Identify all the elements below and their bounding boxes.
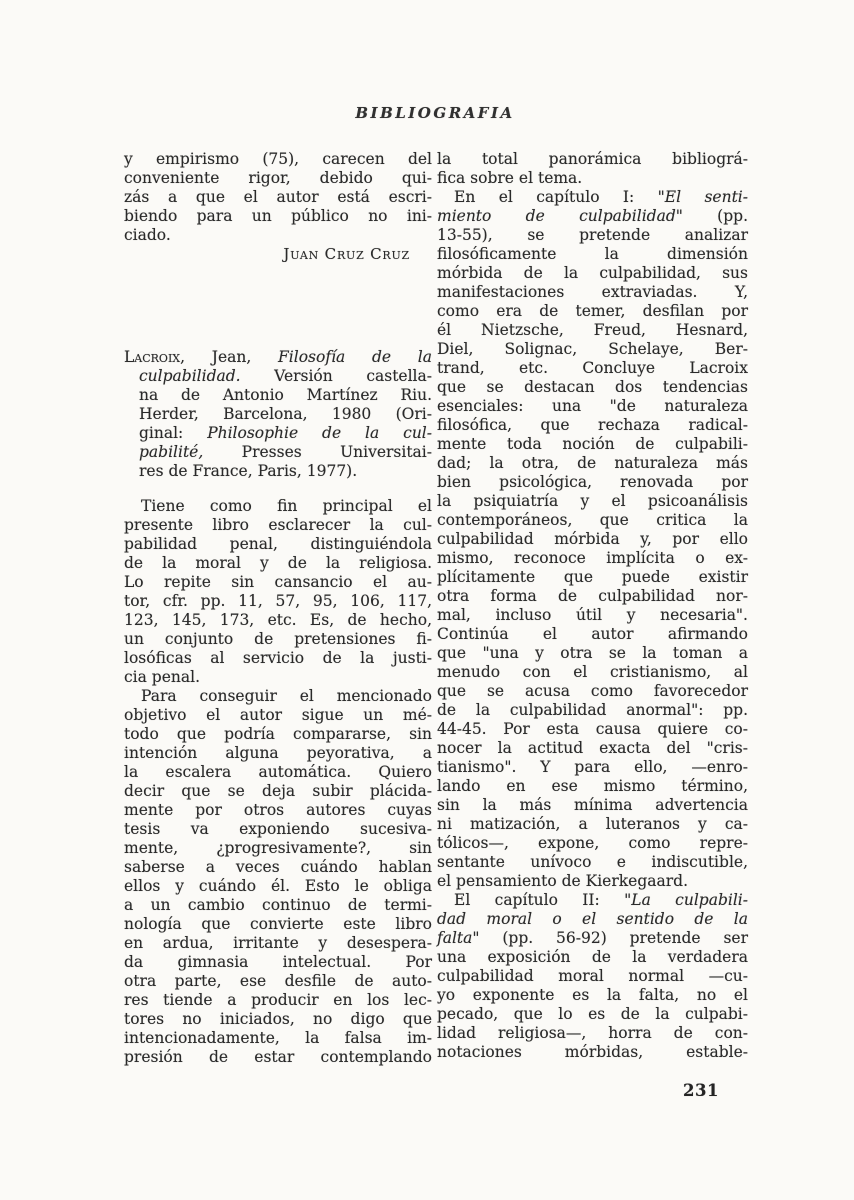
text-line: res tiende a producir en los lec- — [124, 991, 432, 1010]
text-line: lando en ese mismo término, — [437, 777, 748, 796]
paragraph: En el capítulo I: "El senti-miento de cu… — [437, 188, 748, 891]
text-line: él Nietzsche, Freud, Hesnard, — [437, 321, 748, 340]
paragraph: Para conseguir el mencionadoobjetivo el … — [124, 687, 432, 1067]
text-line: 13-55), se pretende analizar — [437, 226, 748, 245]
text-segment: En el capítulo I: " — [454, 188, 665, 206]
italic-text: culpabilidad. — [139, 367, 241, 385]
text-line: Para conseguir el mencionado — [124, 687, 432, 706]
text-line: yo exponente es la falta, no el — [437, 986, 748, 1005]
left-column: y empirismo (75), carecen delconveniente… — [124, 150, 432, 1067]
text-line: plícitamente que puede existir — [437, 568, 748, 587]
text-line: dad moral o el sentido de la — [437, 910, 748, 929]
text-line: que se destacan dos tendencias — [437, 378, 748, 397]
text-line: en ardua, irritante y desespera- — [124, 934, 432, 953]
italic-text: falta — [437, 929, 472, 947]
text-segment: ginal: — [139, 424, 207, 442]
text-line: ellos y cuándo él. Esto le obliga — [124, 877, 432, 896]
italic-text: El senti- — [665, 188, 748, 206]
text-line: mórbida de la culpabilidad, sus — [437, 264, 748, 283]
text-line: el pensamiento de Kierkegaard. — [437, 872, 748, 891]
text-line: decir que se deja subir plácida- — [124, 782, 432, 801]
text-line: ni matización, a luteranos y ca- — [437, 815, 748, 834]
text-line: nocer la actitud exacta del "cris- — [437, 739, 748, 758]
paragraph: la total panorámica bibliográ-fica sobre… — [437, 150, 748, 188]
text-line: sin la más mínima advertencia — [437, 796, 748, 815]
text-segment: El capítulo II: " — [454, 891, 631, 909]
text-line: a un cambio continuo de termi- — [124, 896, 432, 915]
text-line: presión de estar contemplando — [124, 1048, 432, 1067]
text-line: una exposición de la verdadera — [437, 948, 748, 967]
scanned-page: BIBLIOGRAFIA y empirismo (75), carecen d… — [0, 0, 854, 1200]
text-line: nología que convierte este libro — [124, 915, 432, 934]
text-line: filosóficamente la dimensión — [437, 245, 748, 264]
smallcaps-text: Lacroix — [124, 348, 180, 366]
italic-text: Filosofía de la — [278, 348, 432, 366]
text-line: miento de culpabilidad" (pp. — [437, 207, 748, 226]
text-line: como era de temer, desfilan por — [437, 302, 748, 321]
text-segment: Presses Universitai- — [203, 443, 432, 461]
text-line: presente libro esclarecer la cul- — [124, 516, 432, 535]
right-column: la total panorámica bibliográ-fica sobre… — [437, 150, 748, 1062]
text-line: otra forma de culpabilidad nor- — [437, 587, 748, 606]
text-line: la psiquiatría y el psicoanálisis — [437, 492, 748, 511]
text-line: de la moral y de la religiosa. — [124, 554, 432, 573]
text-line: todo que podría compararse, sin — [124, 725, 432, 744]
text-line: notaciones mórbidas, estable- — [437, 1043, 748, 1062]
paragraph: y empirismo (75), carecen delconveniente… — [124, 150, 432, 245]
text-line: sentante unívoco e indiscutible, — [437, 853, 748, 872]
text-line: contemporáneos, que critica la — [437, 511, 748, 530]
text-line: pabilidad penal, distinguiéndola — [124, 535, 432, 554]
text-line: intención alguna peyorativa, a — [124, 744, 432, 763]
text-line: intencionadamente, la falsa im- — [124, 1029, 432, 1048]
text-line: menudo con el cristianismo, al — [437, 663, 748, 682]
text-segment: " (pp. 56-92) pretende ser — [472, 929, 748, 947]
text-segment: , Jean, — [180, 348, 278, 366]
text-line: otra parte, ese desfile de auto- — [124, 972, 432, 991]
text-line: tianismo". Y para ello, —enro- — [437, 758, 748, 777]
text-line: ginal: Philosophie de la cul- — [124, 424, 432, 443]
text-line: fica sobre el tema. — [437, 169, 748, 188]
text-line: da gimnasia intelectual. Por — [124, 953, 432, 972]
text-segment: Versión castella- — [241, 367, 432, 385]
text-line: pecado, que lo es de la culpabi- — [437, 1005, 748, 1024]
text-line: mente por otros autores cuyas — [124, 801, 432, 820]
text-line: Lacroix, Jean, Filosofía de la — [124, 348, 432, 367]
text-line: conveniente rigor, debido qui- — [124, 169, 432, 188]
text-line: mente, ¿progresivamente?, sin — [124, 839, 432, 858]
text-line: la total panorámica bibliográ- — [437, 150, 748, 169]
text-line: objetivo el autor sigue un mé- — [124, 706, 432, 725]
text-line: cia penal. — [124, 668, 432, 687]
text-line: un conjunto de pretensiones fi- — [124, 630, 432, 649]
text-line: res de France, Paris, 1977). — [124, 462, 432, 481]
text-line: pabilité, Presses Universitai- — [124, 443, 432, 462]
text-line: biendo para un público no ini- — [124, 207, 432, 226]
running-header: BIBLIOGRAFIA — [122, 104, 748, 122]
text-line: losóficas al servicio de la justi- — [124, 649, 432, 668]
text-line: mal, incluso útil y necesaria". — [437, 606, 748, 625]
reviewer-signature: Juan Cruz Cruz — [124, 245, 432, 264]
text-line: Lo repite sin cansancio el au- — [124, 573, 432, 592]
text-line: lidad religiosa—, horra de con- — [437, 1024, 748, 1043]
text-line: culpabilidad mórbida y, por ello — [437, 530, 748, 549]
text-line: culpabilidad. Versión castella- — [124, 367, 432, 386]
paragraph: Tiene como fin principal elpresente libr… — [124, 497, 432, 687]
vertical-gap — [124, 264, 432, 348]
text-line: El capítulo II: "La culpabili- — [437, 891, 748, 910]
text-line: manifestaciones extraviadas. Y, — [437, 283, 748, 302]
text-line: falta" (pp. 56-92) pretende ser — [437, 929, 748, 948]
italic-text: pabilité, — [139, 443, 203, 461]
text-line: Tiene como fin principal el — [124, 497, 432, 516]
text-line: y empirismo (75), carecen del — [124, 150, 432, 169]
text-line: de la culpabilidad anormal": pp. — [437, 701, 748, 720]
text-line: tor, cfr. pp. 11, 57, 95, 106, 117, — [124, 592, 432, 611]
text-line: la escalera automática. Quiero — [124, 763, 432, 782]
text-line: que se acusa como favorecedor — [437, 682, 748, 701]
text-line: esenciales: una "de naturaleza — [437, 397, 748, 416]
text-line: Continúa el autor afirmando — [437, 625, 748, 644]
text-line: Herder, Barcelona, 1980 (Ori- — [124, 405, 432, 424]
text-line: culpabilidad moral normal —cu- — [437, 967, 748, 986]
text-line: zás a que el autor está escri- — [124, 188, 432, 207]
text-line: 123, 145, 173, etc. Es, de hecho, — [124, 611, 432, 630]
text-line: Diel, Solignac, Schelaye, Ber- — [437, 340, 748, 359]
text-line: mente toda noción de culpabili- — [437, 435, 748, 454]
bibliography-entry: Lacroix, Jean, Filosofía de laculpabilid… — [124, 348, 432, 481]
text-line: tores no iniciados, no digo que — [124, 1010, 432, 1029]
text-line: filosófica, que rechaza radical- — [437, 416, 748, 435]
text-line: na de Antonio Martínez Riu. — [124, 386, 432, 405]
italic-text: miento de culpabilidad — [437, 207, 676, 225]
italic-text: dad moral o el sentido de la — [437, 910, 748, 928]
text-line: saberse a veces cuándo hablan — [124, 858, 432, 877]
text-line: mismo, reconoce implícita o ex- — [437, 549, 748, 568]
text-line: En el capítulo I: "El senti- — [437, 188, 748, 207]
text-line: tesis va exponiendo sucesiva- — [124, 820, 432, 839]
paragraph: El capítulo II: "La culpabili-dad moral … — [437, 891, 748, 1062]
page-number: 231 — [683, 1081, 719, 1100]
text-line: trand, etc. Concluye Lacroix — [437, 359, 748, 378]
text-line: ciado. — [124, 226, 432, 245]
text-segment: " (pp. — [676, 207, 748, 225]
text-line: tólicos—, expone, como repre- — [437, 834, 748, 853]
text-line: 44-45. Por esta causa quiere co- — [437, 720, 748, 739]
text-line: dad; la otra, de naturaleza más — [437, 454, 748, 473]
vertical-gap — [124, 481, 432, 497]
italic-text: La culpabili- — [631, 891, 748, 909]
text-line: bien psicológica, renovada por — [437, 473, 748, 492]
italic-text: Philosophie de la cul- — [207, 424, 432, 442]
text-line: que "una y otra se la toman a — [437, 644, 748, 663]
